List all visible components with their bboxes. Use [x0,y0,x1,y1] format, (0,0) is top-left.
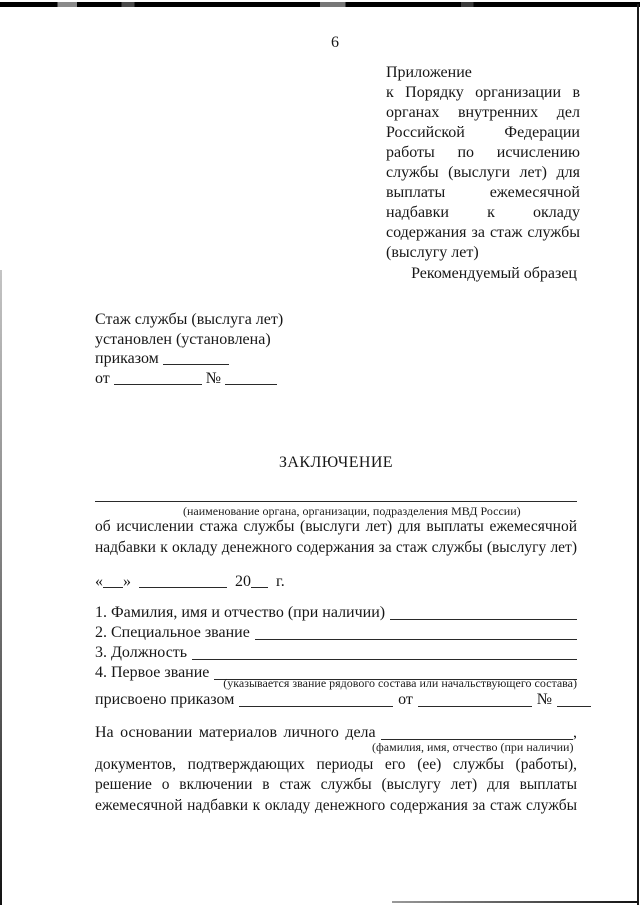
ot-label: от [95,370,110,387]
appendix-line: выплаты ежемесячной [386,183,580,203]
item2-blank [255,639,577,640]
date-day-blank [103,574,123,588]
subject-line-2: надбавки к окладу денежного содержания з… [95,538,577,559]
assign-date-blank [418,706,532,707]
subject-line-1: об исчислении стажа службы (выслуги лет)… [95,517,577,538]
year-suffix: г. [276,573,285,590]
appendix-line: Приложение [386,63,580,83]
assign-order-blank [239,706,393,707]
order-block-line2: установлен (установлена) [95,330,395,350]
org-name-blank [95,488,577,502]
order-block-line1: Стаж службы (выслуга лет) [95,310,395,330]
org-name-caption: (наименование органа, организации, подра… [183,504,521,518]
assign-no-label: № [537,690,552,710]
item2-label: 2. Специальное звание [95,623,250,643]
basis-line-3: ежемесячной надбавки к окладу денежного … [95,796,577,817]
form-item-2: 2. Специальное звание [95,623,577,643]
close-quote: » [123,573,131,590]
assign-ot-label: от [398,690,413,710]
form-item-1: 1. Фамилия, имя и отчество (при наличии) [95,603,577,623]
order-block-date-line: от № [95,369,395,389]
basis-lead-label: На основании материалов личного дела [95,723,376,743]
recommended-sample-label: Рекомендуемый образец [95,264,577,284]
basis-line-2: решение о включении в стаж службы (выслу… [95,775,577,796]
no-label: № [206,370,221,387]
century-prefix: 20 [235,573,251,590]
appendix-line: работы по исчислению стажа [386,143,580,163]
seniority-order-block: Стаж службы (выслуга лет) установлен (ус… [95,310,395,388]
trailing-comma: , [573,723,577,743]
basis-line-1: документов, подтверждающих периоды его (… [95,755,577,776]
item3-label: 3. Должность [95,643,187,663]
scan-edge-top [0,2,640,7]
item1-blank [390,619,577,620]
scanned-document-page: 6 Приложение к Порядку организации в орг… [0,0,640,905]
prikaz-label: приказом [95,350,159,367]
date-line: «»20г. [95,572,285,592]
name-caption: (фамилия, имя, отчество (при наличии) [372,740,573,754]
assign-no-blank [557,706,591,707]
rank-order-line: присвоено приказомот№ [95,690,591,710]
open-quote: « [95,573,103,590]
assigned-label: присвоено приказом [95,690,234,710]
item3-blank [192,659,577,660]
appendix-line: к Порядку организации в [386,83,580,103]
appendix-line: надбавки к окладу денежного [386,203,580,223]
order-no-blank [225,371,277,385]
appendix-line: органах внутренних дел [386,103,580,123]
conclusion-heading: ЗАКЛЮЧЕНИЕ [95,453,577,473]
appendix-line: службы (выслуги лет) для [386,163,580,183]
order-number-blank [163,351,229,365]
appendix-line: Российской Федерации [386,123,580,143]
scan-edge-bottom [392,901,638,903]
form-item-3: 3. Должность [95,643,577,663]
date-year-blank [251,574,268,588]
order-date-blank [114,371,202,385]
order-block-prikaz-line: приказом [95,349,395,369]
appendix-line: содержания за стаж службы [386,223,580,243]
date-month-blank [139,574,227,588]
appendix-block: Приложение к Порядку организации в орган… [386,63,580,263]
scan-edge-left [0,270,2,905]
appendix-line: (выслугу лет) [386,243,580,263]
item1-label: 1. Фамилия, имя и отчество (при наличии) [95,603,385,623]
scan-edge-right [637,4,639,905]
page-number: 6 [95,33,575,53]
rank-caption: (указывается звание рядового состава или… [95,676,577,690]
